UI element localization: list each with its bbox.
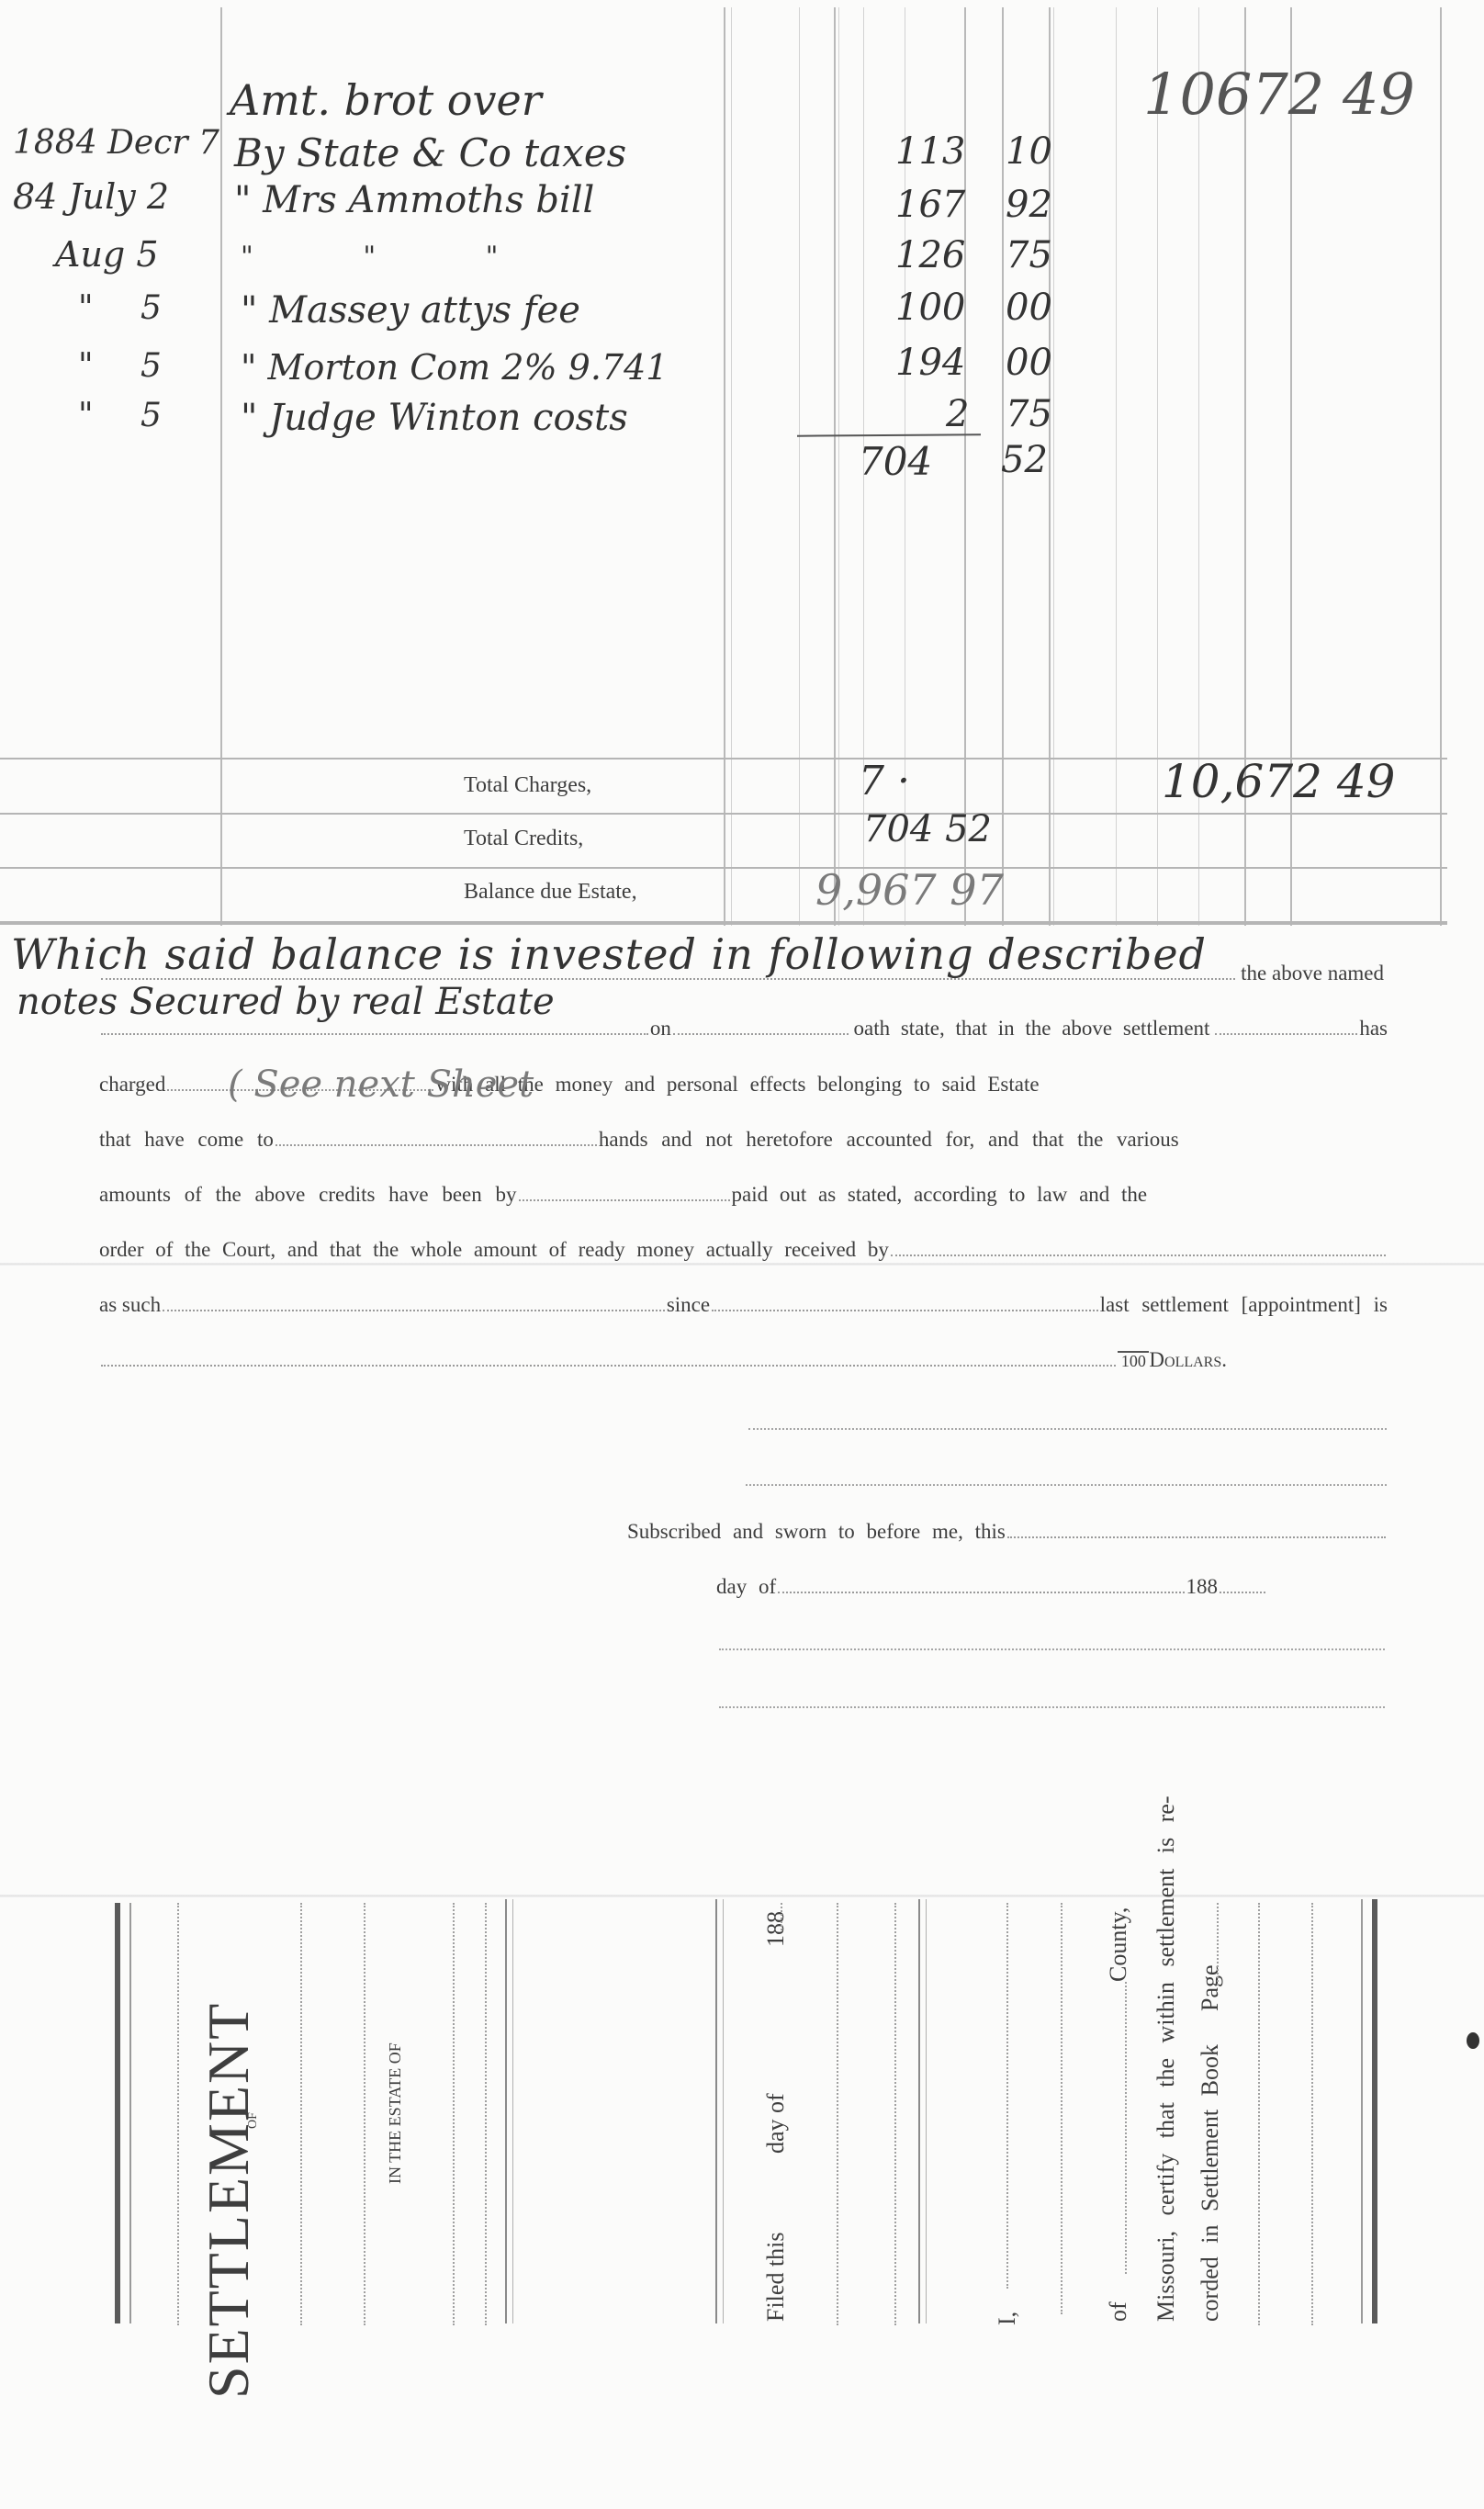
officer-signature-line [719, 1648, 1385, 1650]
oath-text: hands and not heretofore accounted for, … [599, 1128, 1179, 1152]
blank-line [453, 1903, 455, 2325]
signature-line [748, 1428, 1387, 1430]
blank-line [1061, 1903, 1062, 2314]
entry-cents: 92 [1006, 184, 1052, 226]
entry-dollars: 126 [895, 234, 965, 276]
certify-page-label: Page [1197, 1964, 1224, 2011]
rule [1116, 7, 1117, 926]
entry-date: " 5 [78, 289, 162, 327]
blank-line [1258, 1903, 1260, 2325]
certify-line-1: Missouri, certify that the within settle… [1152, 1795, 1180, 2322]
jurat-text: 188 [1186, 1575, 1219, 1599]
subtotal-rule [797, 433, 981, 436]
entry-dollars: 2 [946, 393, 969, 435]
credit-column-rule-left [724, 7, 725, 926]
border-rule [918, 1899, 927, 2323]
entry-cents: 75 [1006, 393, 1052, 435]
entry-cents: 10 [1006, 130, 1052, 173]
blank-line [300, 1903, 302, 2325]
blank-line [364, 1903, 365, 2325]
entry-description: " Mrs Ammoths bill [234, 179, 594, 221]
officer-title-line [719, 1706, 1385, 1708]
dollars-label: Dollars. [1149, 1348, 1227, 1372]
blank-line [1215, 1033, 1357, 1035]
rule [799, 7, 800, 926]
blank-line [712, 1310, 1098, 1311]
blank-line [673, 1033, 849, 1035]
entry-description: " Massey attys fee [241, 289, 580, 332]
jurat-line-1: Subscribed and sworn to before me, this [627, 1520, 1388, 1544]
rule [0, 867, 1447, 869]
blank-line [177, 1903, 179, 2325]
in-the-estate-of-label: IN THE ESTATE OF [386, 2042, 405, 2184]
totals-bottom-rule [0, 921, 1447, 925]
border-rule [115, 1903, 131, 2323]
settlement-of: OF [246, 2112, 261, 2129]
blank-line [101, 1033, 648, 1035]
see-next-sheet-note: ( See next Sheet [228, 1063, 534, 1106]
certify-of-label: of [1105, 2301, 1132, 2322]
entry-description: " Judge Winton costs [241, 397, 628, 439]
blank-line [1220, 1592, 1265, 1593]
certify-county-label: County, [1105, 1907, 1132, 1982]
oath-line-2: on oath state, that in the above settlem… [99, 1017, 1388, 1041]
amount-blank-line [101, 1365, 1116, 1367]
entry-date: Aug 5 [55, 234, 159, 275]
entry-date: " 5 [78, 347, 162, 385]
subtotal-cents: 52 [1001, 439, 1048, 481]
entry-description: " Morton Com 2% 9.741 [241, 347, 668, 388]
entry-cents: 75 [1006, 234, 1052, 276]
blank-line [891, 1254, 1386, 1256]
rule [731, 7, 732, 926]
entry-dollars: 113 [895, 130, 965, 173]
paper-fold [0, 1895, 1484, 1897]
jurat-text: day of [716, 1575, 776, 1599]
oath-line-7: as such since last settlement [appointme… [99, 1293, 1388, 1317]
ink-blot [1467, 2032, 1479, 2049]
oath-text: has [1359, 1017, 1388, 1041]
oath-text: as such [99, 1293, 161, 1317]
blank-line [1217, 1903, 1219, 1986]
oath-text: paid out as stated, according to law and… [732, 1183, 1148, 1207]
cents-fraction: 100 [1118, 1351, 1149, 1369]
blank-line [894, 1903, 896, 2325]
oath-text: that have come to [99, 1128, 274, 1152]
rule [0, 813, 1447, 815]
balance-due-amount: 9,967 97 [815, 865, 1004, 915]
blank-line [781, 1903, 782, 1930]
paper-fold [0, 1263, 1484, 1266]
border-rule [505, 1899, 513, 2323]
balance-due-label: Balance due Estate, [464, 880, 637, 905]
entry-date: " 5 [78, 397, 162, 434]
border-rule [1361, 1899, 1377, 2323]
filed-day-of-label: day of [762, 2093, 790, 2154]
filed-year-label: 188 [762, 1911, 790, 1947]
total-credits-label: Total Credits, [464, 827, 583, 851]
blank-line [1006, 1903, 1008, 2289]
oath-line-8: 100 Dollars. [99, 1348, 1227, 1372]
certify-book-label: corded in Settlement Book [1197, 2044, 1224, 2322]
oath-line-6: order of the Court, and that the whole a… [99, 1238, 1388, 1262]
total-charges-label: Total Charges, [464, 773, 591, 798]
settlement-title: SETTLEMENT [195, 2002, 263, 2399]
blank-line [1125, 1982, 1127, 2274]
certify-i-label: I, [994, 2312, 1021, 2325]
blank-line [101, 978, 1235, 980]
total-charges-amount: 10,672 49 [1162, 755, 1395, 808]
jurat-line-2: day of 188 [716, 1575, 1267, 1599]
oath-text: order of the Court, and that the whole a… [99, 1238, 889, 1262]
blank-line [163, 1310, 665, 1311]
rule [1157, 7, 1158, 926]
date-column-rule [220, 7, 222, 926]
entry-dollars: 194 [895, 342, 965, 384]
entry-description: By State & Co taxes [234, 130, 626, 175]
rule [834, 7, 836, 926]
blank-line [837, 1903, 838, 2325]
oath-text: last settlement [appointment] is [1100, 1293, 1388, 1317]
entry-date: 84 July 2 [13, 176, 169, 217]
subtotal-dollars: 704 [859, 439, 932, 484]
rule [838, 7, 839, 926]
filed-this-label: Filed this [762, 2232, 790, 2322]
oath-text: oath state, that in the above settlement [850, 1017, 1214, 1041]
blank-line [519, 1199, 730, 1201]
entry-description: " " " [241, 241, 498, 273]
entry-cents: 00 [1006, 342, 1052, 384]
oath-line-1: the above named [99, 962, 1388, 985]
blank-line [485, 1903, 487, 2325]
brought-over-amount: 10672 49 [1143, 61, 1415, 128]
rule [1053, 7, 1054, 926]
entry-date: 1884 Decr 7 [13, 124, 219, 162]
entry-dollars: 167 [895, 184, 965, 226]
oath-text: the above named [1237, 962, 1388, 985]
oath-line-5: amounts of the above credits have been b… [99, 1183, 1388, 1207]
brought-over-label: Amt. brot over [230, 75, 542, 125]
oath-text: on [650, 1017, 671, 1041]
blank-line [275, 1144, 597, 1146]
oath-text: since [667, 1293, 710, 1317]
entry-dollars: 100 [895, 287, 965, 329]
jurat-text: Subscribed and sworn to before me, this [627, 1520, 1006, 1544]
oath-text: amounts of the above credits have been b… [99, 1183, 517, 1207]
blank-line [778, 1592, 1184, 1593]
oath-text: charged [99, 1073, 165, 1097]
fraction-denominator: 100 [1121, 1352, 1146, 1370]
total-credits-amount: 704 52 [863, 808, 992, 850]
signature-line [746, 1484, 1387, 1486]
border-rule [715, 1899, 724, 2323]
blank-line [1311, 1903, 1313, 2325]
entry-cents: 00 [1006, 287, 1052, 329]
blank-line [1007, 1536, 1386, 1538]
right-edge-rule [1440, 7, 1442, 926]
oath-line-4: that have come to hands and not heretofo… [99, 1128, 1388, 1152]
total-charges-mark: 7 · [859, 758, 910, 804]
